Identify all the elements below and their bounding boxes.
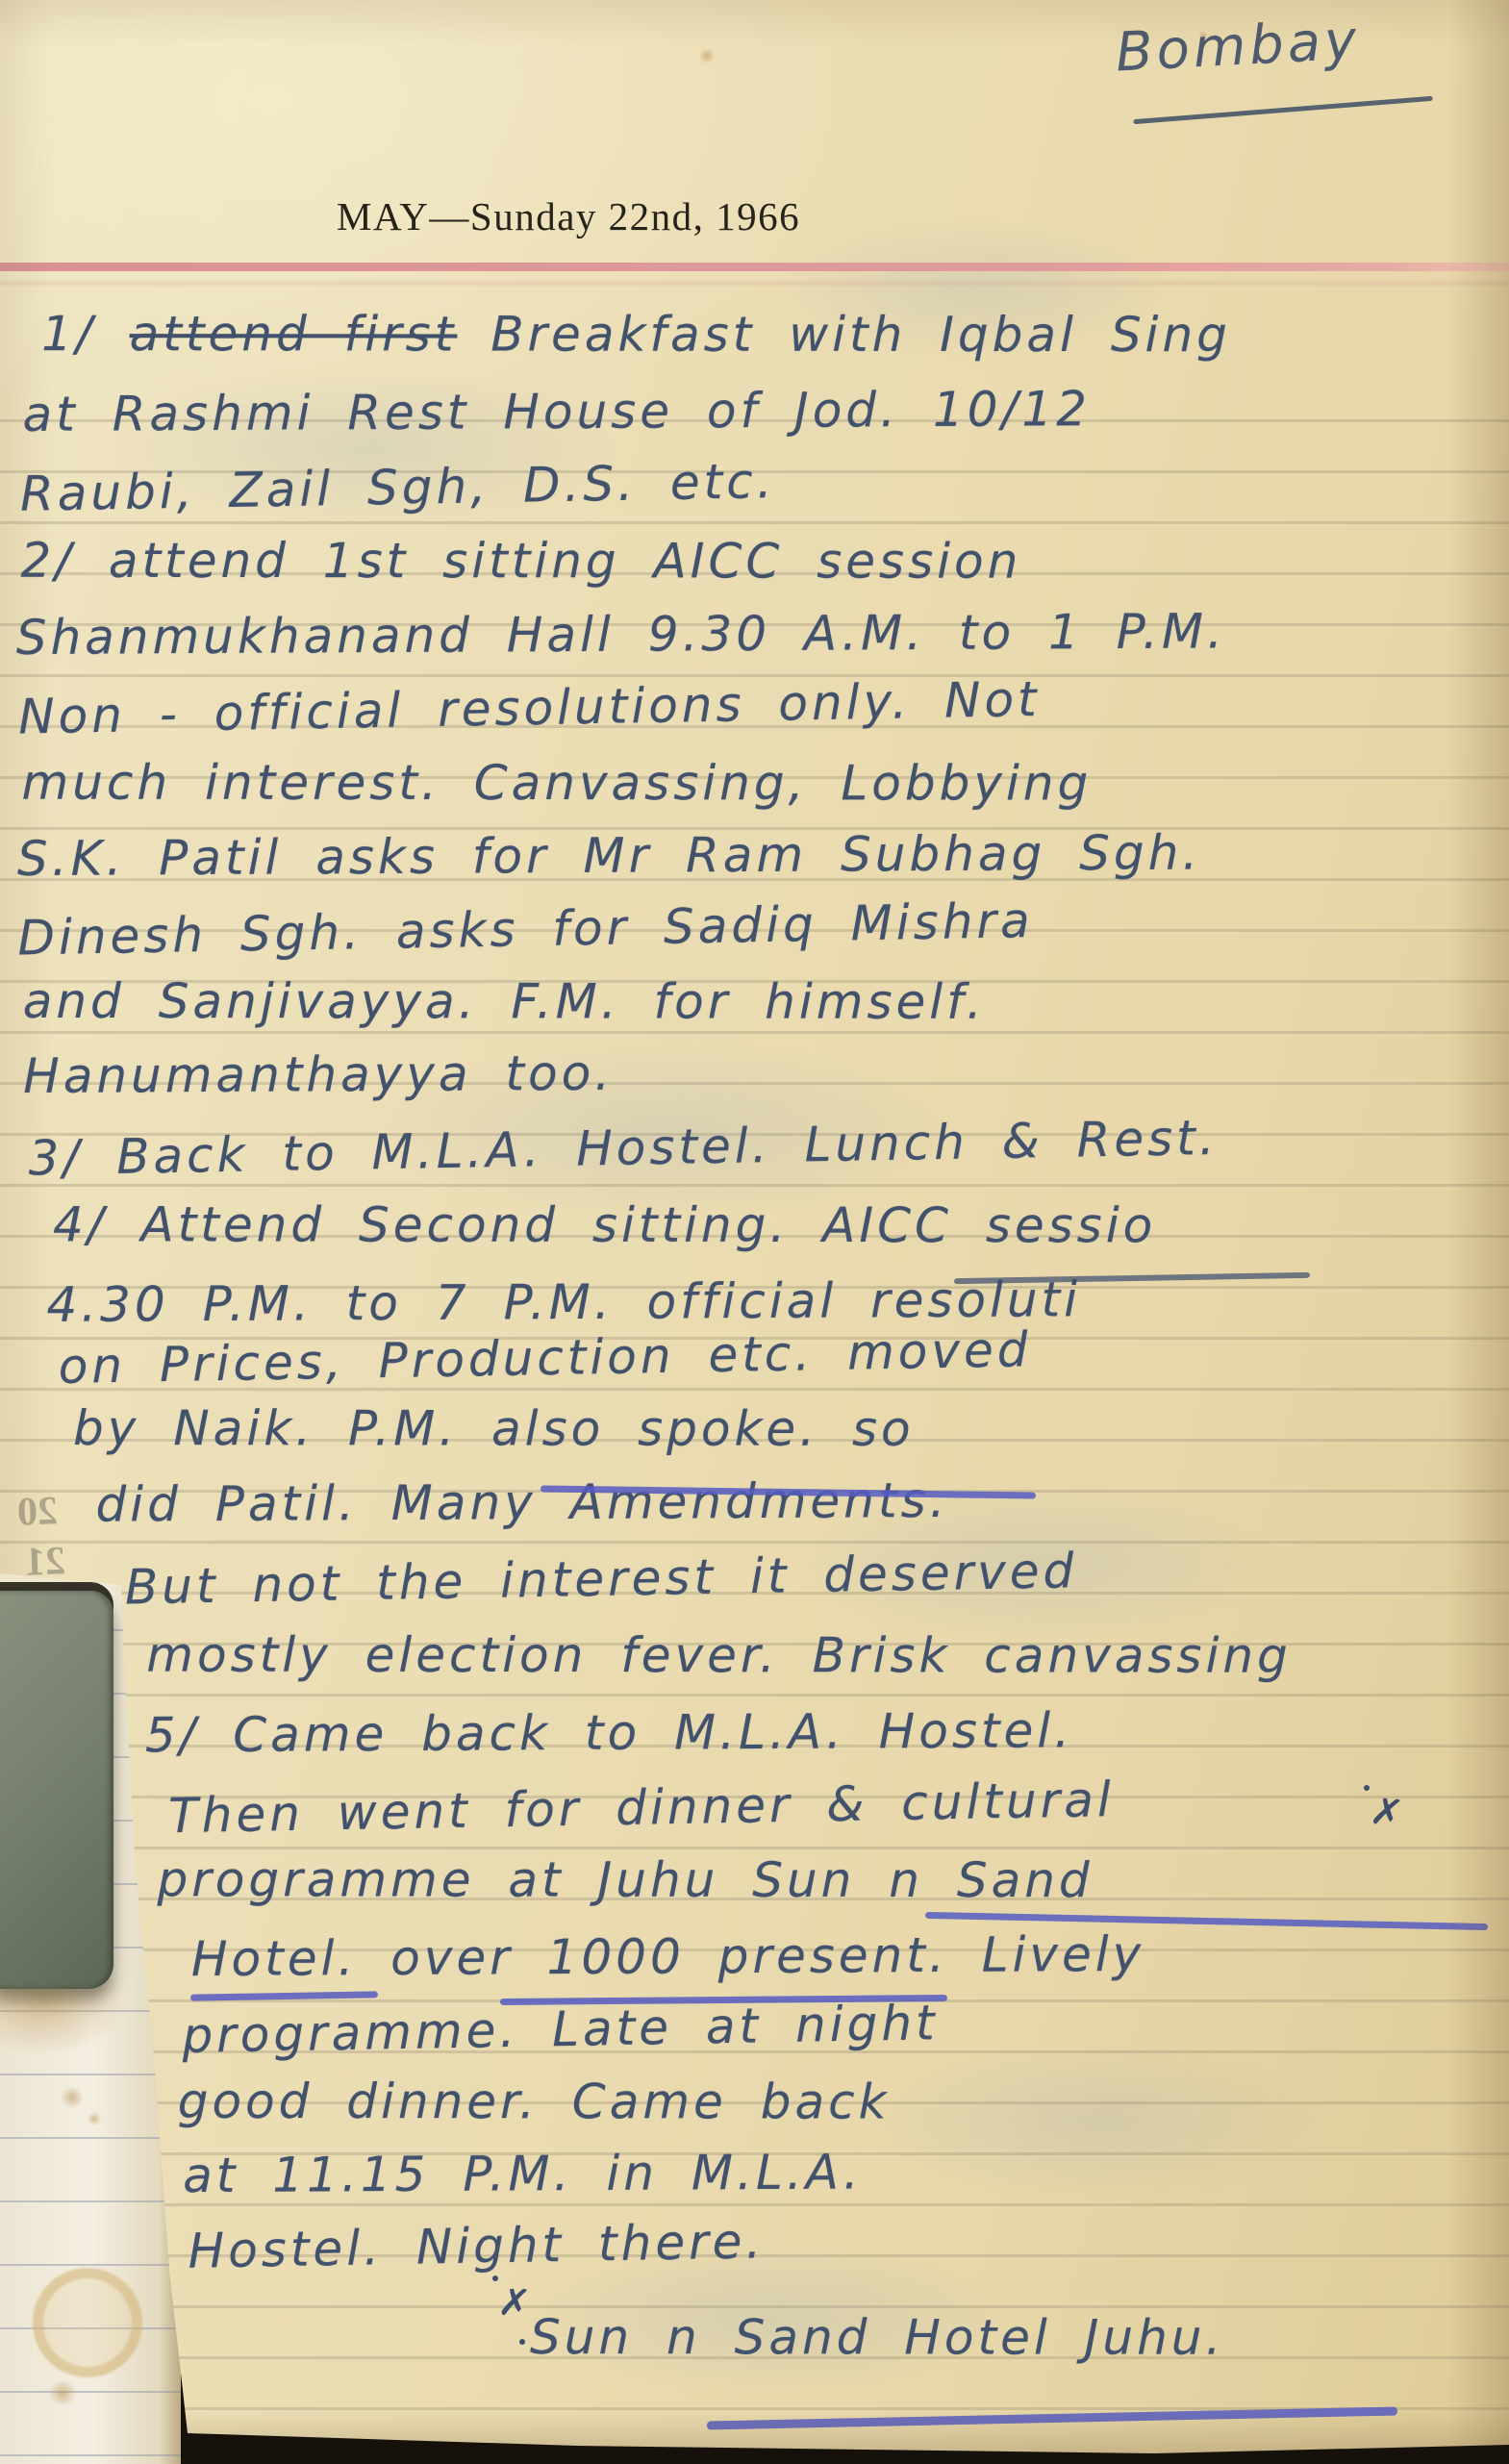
paper-stain bbox=[87, 2112, 102, 2125]
paper-stain bbox=[60, 2087, 85, 2108]
paper-stain bbox=[0, 1979, 125, 2054]
diary-scan: MAY—Sunday 22nd, 1966 Bombay 20 21 1/ at… bbox=[0, 0, 1509, 2464]
book-cover-corner bbox=[0, 1591, 113, 1989]
diary-page: MAY—Sunday 22nd, 1966 Bombay 20 21 1/ at… bbox=[0, 0, 1509, 2464]
edge-vignette bbox=[0, 0, 1509, 2464]
paper-stain bbox=[46, 2381, 79, 2404]
ring-stain bbox=[33, 2268, 142, 2377]
